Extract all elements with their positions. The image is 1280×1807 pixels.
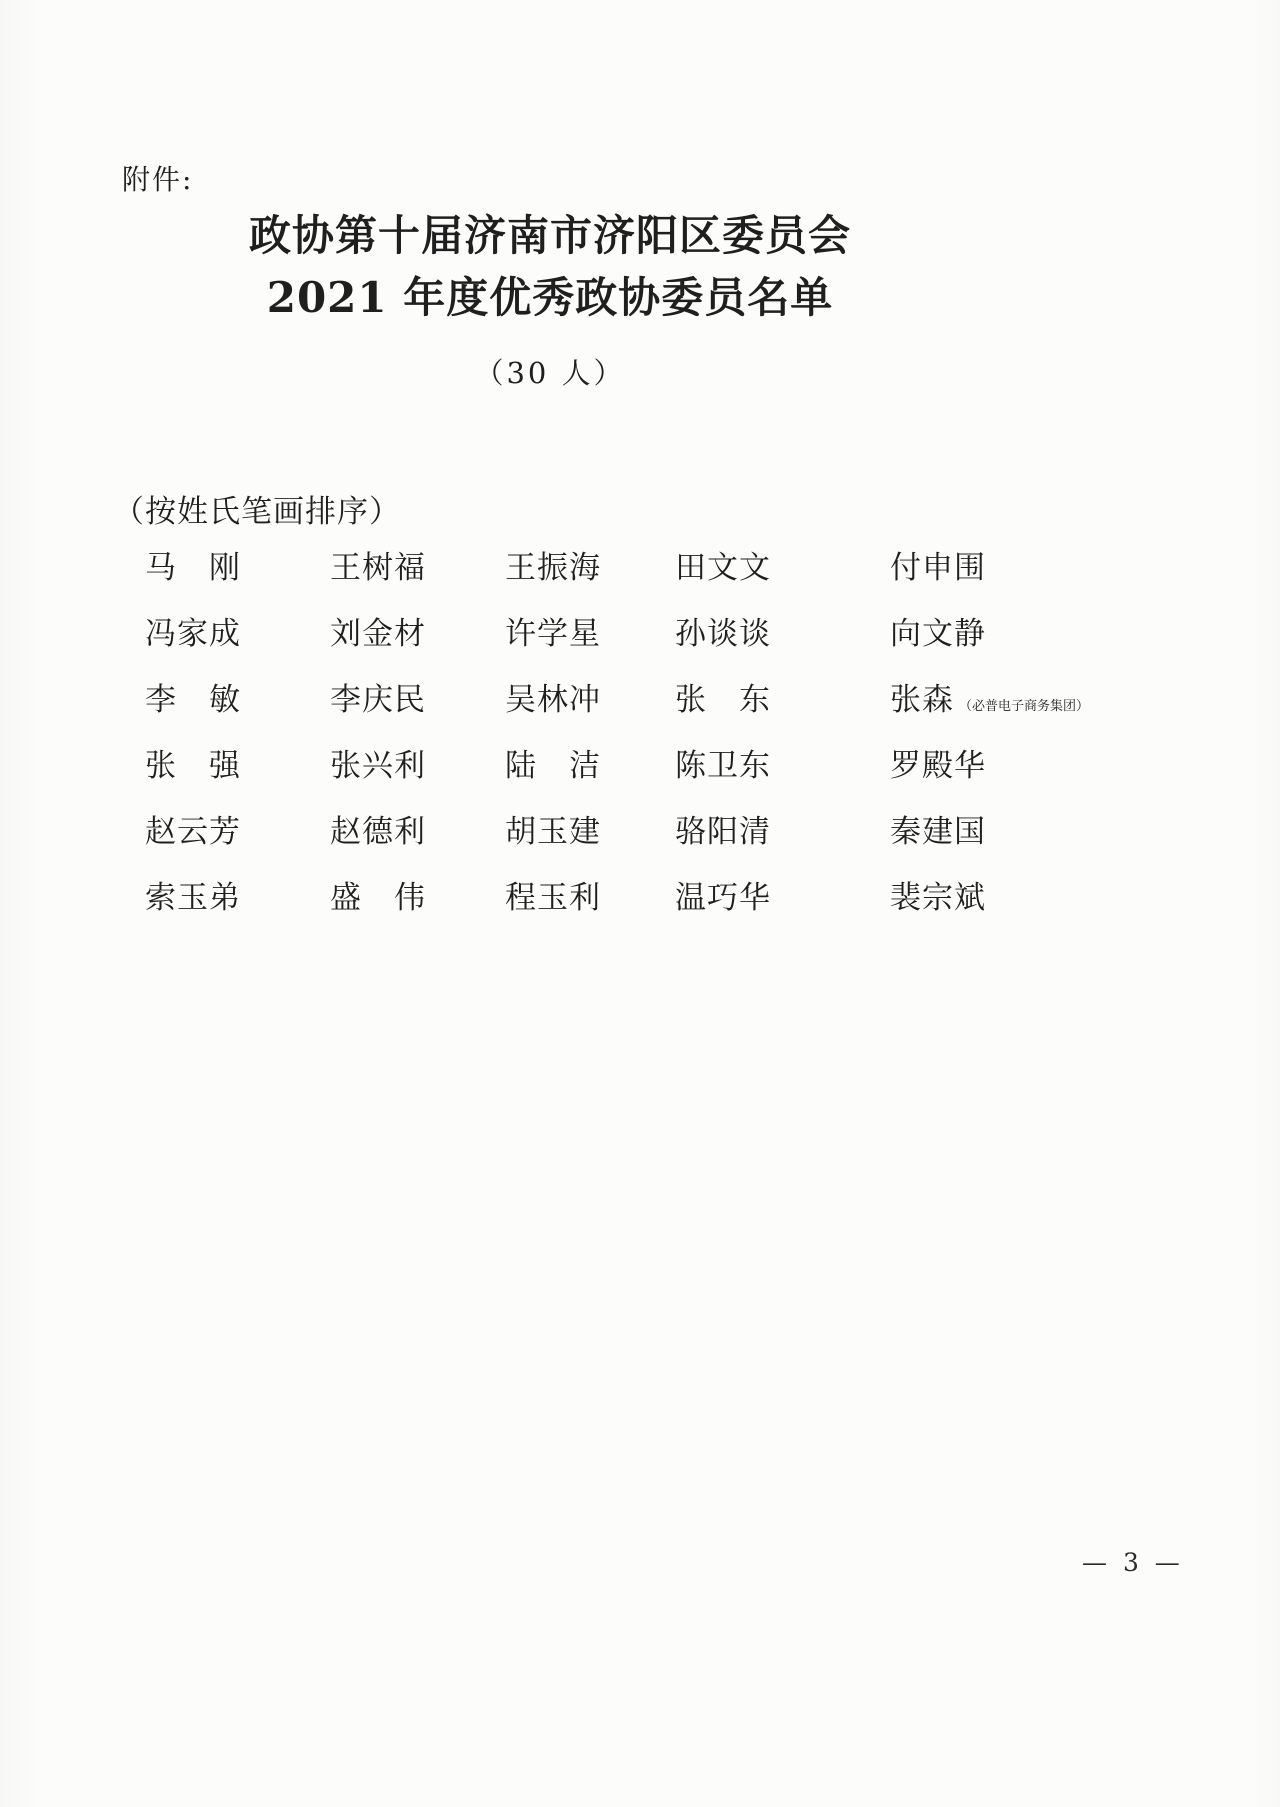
- name-cell: 陈卫东: [675, 740, 771, 785]
- name-cell: 张兴利: [330, 740, 426, 785]
- name-cell: 骆阳清: [675, 806, 771, 851]
- name-cell: 田文文: [675, 542, 771, 587]
- title-line-1: 政协第十届济南市济阳区委员会: [0, 205, 1100, 267]
- name-cell: 陆 洁: [505, 740, 601, 785]
- name-cell: 许学星: [505, 608, 601, 653]
- name-cell: 罗殿华: [890, 740, 986, 785]
- name-cell: 赵云芳: [145, 806, 241, 851]
- name-cell: 盛 伟: [330, 872, 426, 917]
- name-cell: 马 刚: [145, 542, 241, 587]
- name-cell: 向文静: [890, 608, 986, 653]
- name-row: 赵云芳赵德利胡玉建骆阳清秦建国: [145, 806, 1255, 872]
- name-cell: 赵德利: [330, 806, 426, 851]
- name-row: 索玉弟盛 伟程玉利温巧华裴宗斌: [145, 872, 1255, 938]
- page-number: — 3 —: [1082, 1548, 1184, 1577]
- name-list-grid: 马 刚王树福王振海田文文付申围冯家成刘金材许学星孙谈谈向文静李 敏李庆民吴林冲张…: [145, 542, 1255, 938]
- name-row: 李 敏李庆民吴林冲张 东张森（必普电子商务集团）: [145, 674, 1255, 740]
- name-row: 冯家成刘金材许学星孙谈谈向文静: [145, 608, 1255, 674]
- name-cell: 索玉弟: [145, 872, 241, 917]
- title-line-2: 2021 年度优秀政协委员名单: [0, 267, 1100, 329]
- document-page: 附件: 政协第十届济南市济阳区委员会 2021 年度优秀政协委员名单 （30 人…: [0, 0, 1280, 1807]
- name-cell: 孙谈谈: [675, 608, 771, 653]
- name-cell: 张 东: [675, 674, 771, 719]
- name-cell: 冯家成: [145, 608, 241, 653]
- name-cell: 裴宗斌: [890, 872, 986, 917]
- name-cell: 李 敏: [145, 674, 241, 719]
- sort-order-note: （按姓氏笔画排序）: [113, 486, 401, 531]
- name-cell: 张 强: [145, 740, 241, 785]
- name-cell: 刘金材: [330, 608, 426, 653]
- name-cell: 付申围: [890, 542, 986, 587]
- name-cell: 胡玉建: [505, 806, 601, 851]
- name-row: 张 强张兴利陆 洁陈卫东罗殿华: [145, 740, 1255, 806]
- name-cell: 程玉利: [505, 872, 601, 917]
- member-count-note: （30 人）: [0, 351, 1100, 392]
- document-heading: 政协第十届济南市济阳区委员会 2021 年度优秀政协委员名单 （30 人）: [0, 205, 1100, 392]
- name-cell: 秦建国: [890, 806, 986, 851]
- name-annotation: （必普电子商务集团）: [959, 699, 1089, 714]
- name-cell: 王振海: [505, 542, 601, 587]
- name-cell: 王树福: [330, 542, 426, 587]
- name-row: 马 刚王树福王振海田文文付申围: [145, 542, 1255, 608]
- name-cell: 李庆民: [330, 674, 426, 719]
- attachment-label: 附件:: [122, 158, 193, 198]
- name-cell: 张森（必普电子商务集团）: [890, 674, 1089, 719]
- name-cell: 吴林冲: [505, 674, 601, 719]
- name-cell: 温巧华: [675, 872, 771, 917]
